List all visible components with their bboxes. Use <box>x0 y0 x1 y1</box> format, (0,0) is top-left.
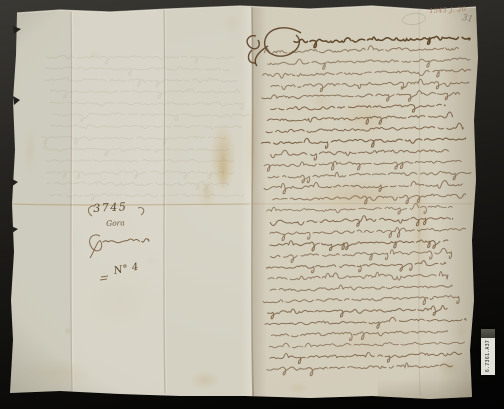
shelfmark-label-body: 6.7361.A37 <box>481 338 495 375</box>
right-edge-shade <box>438 0 478 409</box>
shelfmark-label-text: 6.7361.A37 <box>486 340 491 372</box>
photo-backdrop: 3745 Gora N° 4 1545 J. 20 31 6.7361.A37 <box>0 0 504 409</box>
shelfmark-label: 6.7361.A37 <box>481 329 495 375</box>
paper-vignette <box>0 0 504 409</box>
docket-number: 3745 <box>93 200 128 215</box>
pencil-folio-number: 31 <box>461 13 473 25</box>
docket-place-note: Gora <box>106 218 125 228</box>
shelfmark-label-cap <box>481 329 495 338</box>
bottom-edge-shade <box>378 378 504 409</box>
manuscript-photo <box>0 0 504 409</box>
